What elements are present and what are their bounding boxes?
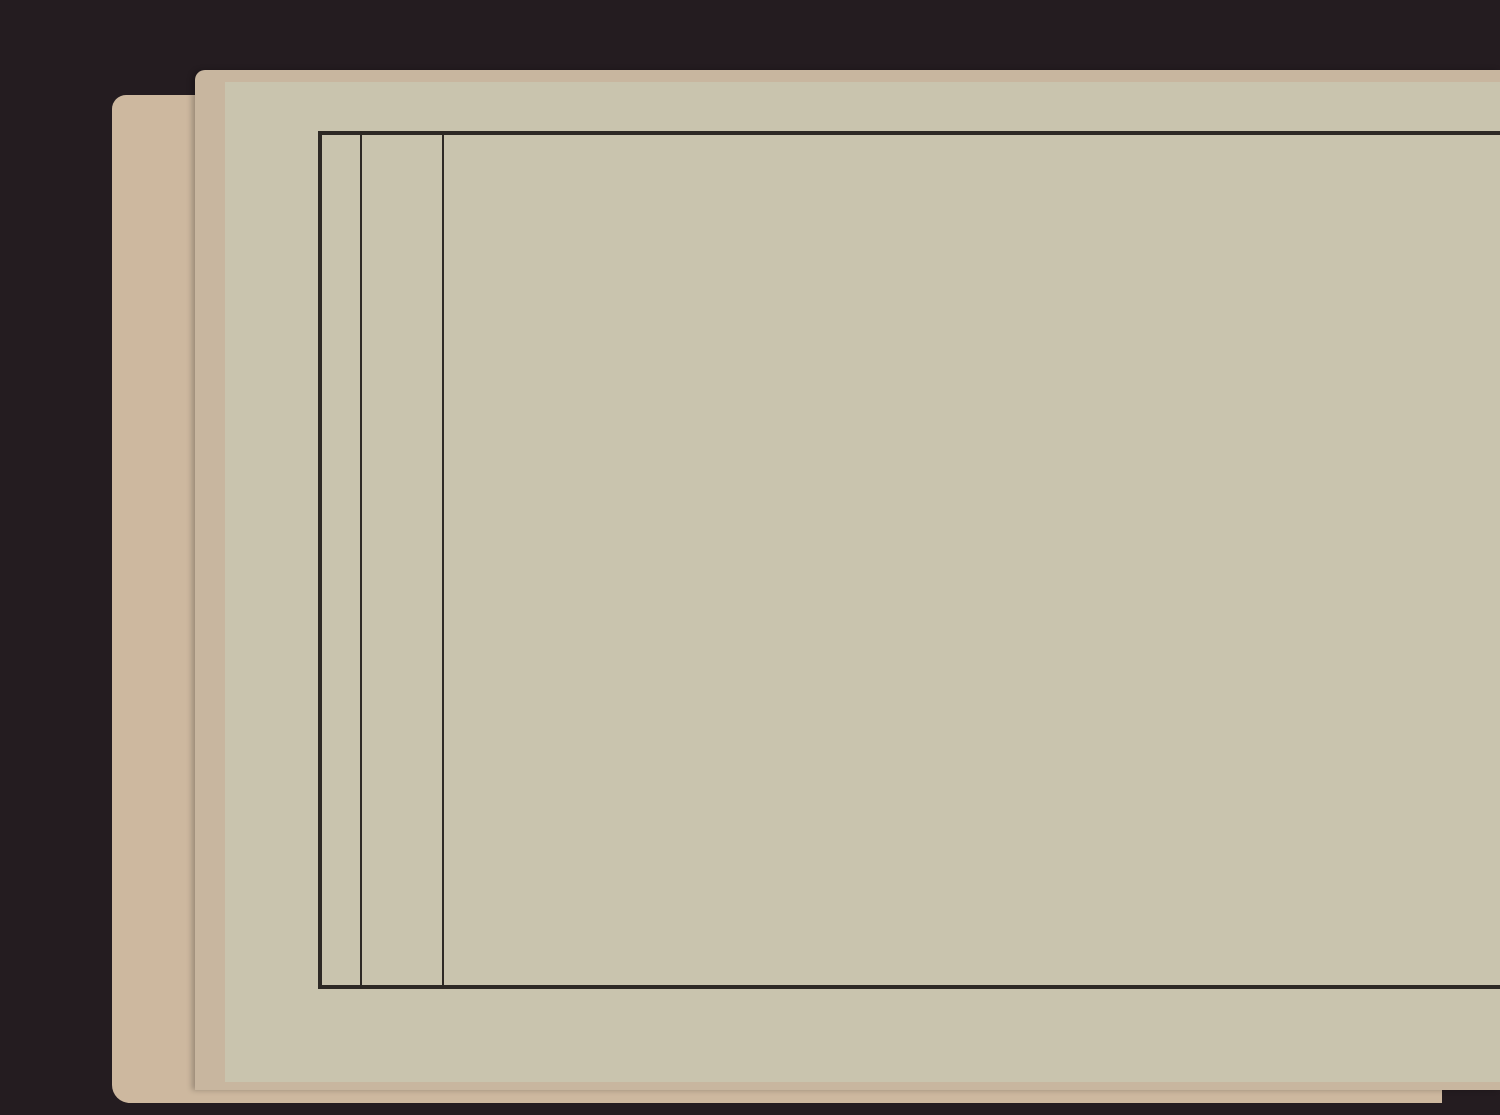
timetable-body (442, 135, 1500, 985)
table-title-row (322, 135, 362, 985)
timetable-table (322, 135, 1500, 985)
train-header-row (362, 135, 444, 985)
